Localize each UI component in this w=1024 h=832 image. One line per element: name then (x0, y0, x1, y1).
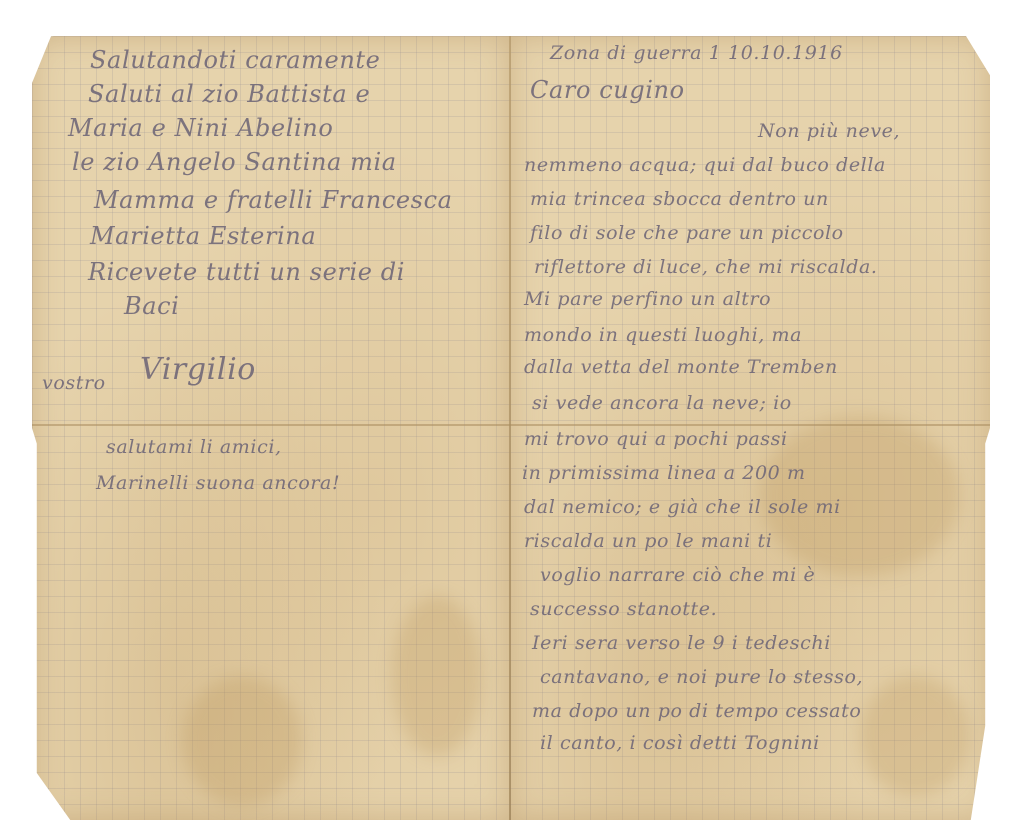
paper-stain (182, 676, 302, 806)
letter-line: voglio narrare ciò che mi è (540, 564, 815, 586)
letter-line: Salutandoti caramente (90, 46, 380, 74)
letter-line: Non più neve, (758, 120, 900, 142)
letter-sheet: Salutandoti caramente Saluti al zio Batt… (32, 36, 990, 820)
letter-line: mi trovo qui a pochi passi (524, 428, 788, 450)
paper-stain (392, 596, 482, 756)
letter-line: riscalda un po le mani ti (524, 530, 772, 552)
letter-line: dalla vetta del monte Tremben (524, 356, 838, 378)
letter-line: in primissima linea a 200 m (522, 462, 806, 484)
date-heading: Zona di guerra 1 10.10.1916 (550, 42, 843, 64)
letter-line: Saluti al zio Battista e (88, 80, 370, 108)
letter-line: vostro (42, 372, 106, 394)
letter-line: Maria e Nini Abelino (68, 114, 333, 142)
letter-line: Baci (124, 292, 179, 320)
postscript-line: salutami li amici, (106, 436, 282, 458)
letter-line: successo stanotte. (530, 598, 717, 620)
letter-line: Marietta Esterina (90, 222, 316, 250)
letter-line: mia trincea sbocca dentro un (530, 188, 829, 210)
letter-line: Mi pare perfino un altro (524, 288, 771, 310)
letter-line: ma dopo un po di tempo cessato (532, 700, 861, 722)
postscript-line: Marinelli suona ancora! (96, 472, 340, 494)
signature: Virgilio (140, 352, 256, 387)
right-page: Zona di guerra 1 10.10.1916 Caro cugino … (510, 36, 990, 820)
letter-line: mondo in questi luoghi, ma (524, 324, 802, 346)
letter-line: Mamma e fratelli Francesca (94, 186, 453, 214)
letter-line: si vede ancora la neve; io (532, 392, 792, 414)
salutation: Caro cugino (530, 76, 685, 104)
letter-line: Ricevete tutti un serie di (88, 258, 405, 286)
letter-line: riflettore di luce, che mi riscalda. (534, 256, 878, 278)
letter-line: dal nemico; e già che il sole mi (524, 496, 841, 518)
letter-line: nemmeno acqua; qui dal buco della (524, 154, 886, 176)
letter-line: cantavano, e noi pure lo stesso, (540, 666, 863, 688)
letter-line: le zio Angelo Santina mia (72, 148, 397, 176)
horizontal-fold-crease (32, 424, 990, 426)
left-page: Salutandoti caramente Saluti al zio Batt… (32, 36, 510, 820)
center-fold-crease (509, 36, 511, 820)
letter-line: filo di sole che pare un piccolo (530, 222, 844, 244)
letter-line: Ieri sera verso le 9 i tedeschi (532, 632, 831, 654)
letter-line: il canto, i così detti Tognini (540, 732, 820, 754)
paper-stain (860, 676, 970, 796)
